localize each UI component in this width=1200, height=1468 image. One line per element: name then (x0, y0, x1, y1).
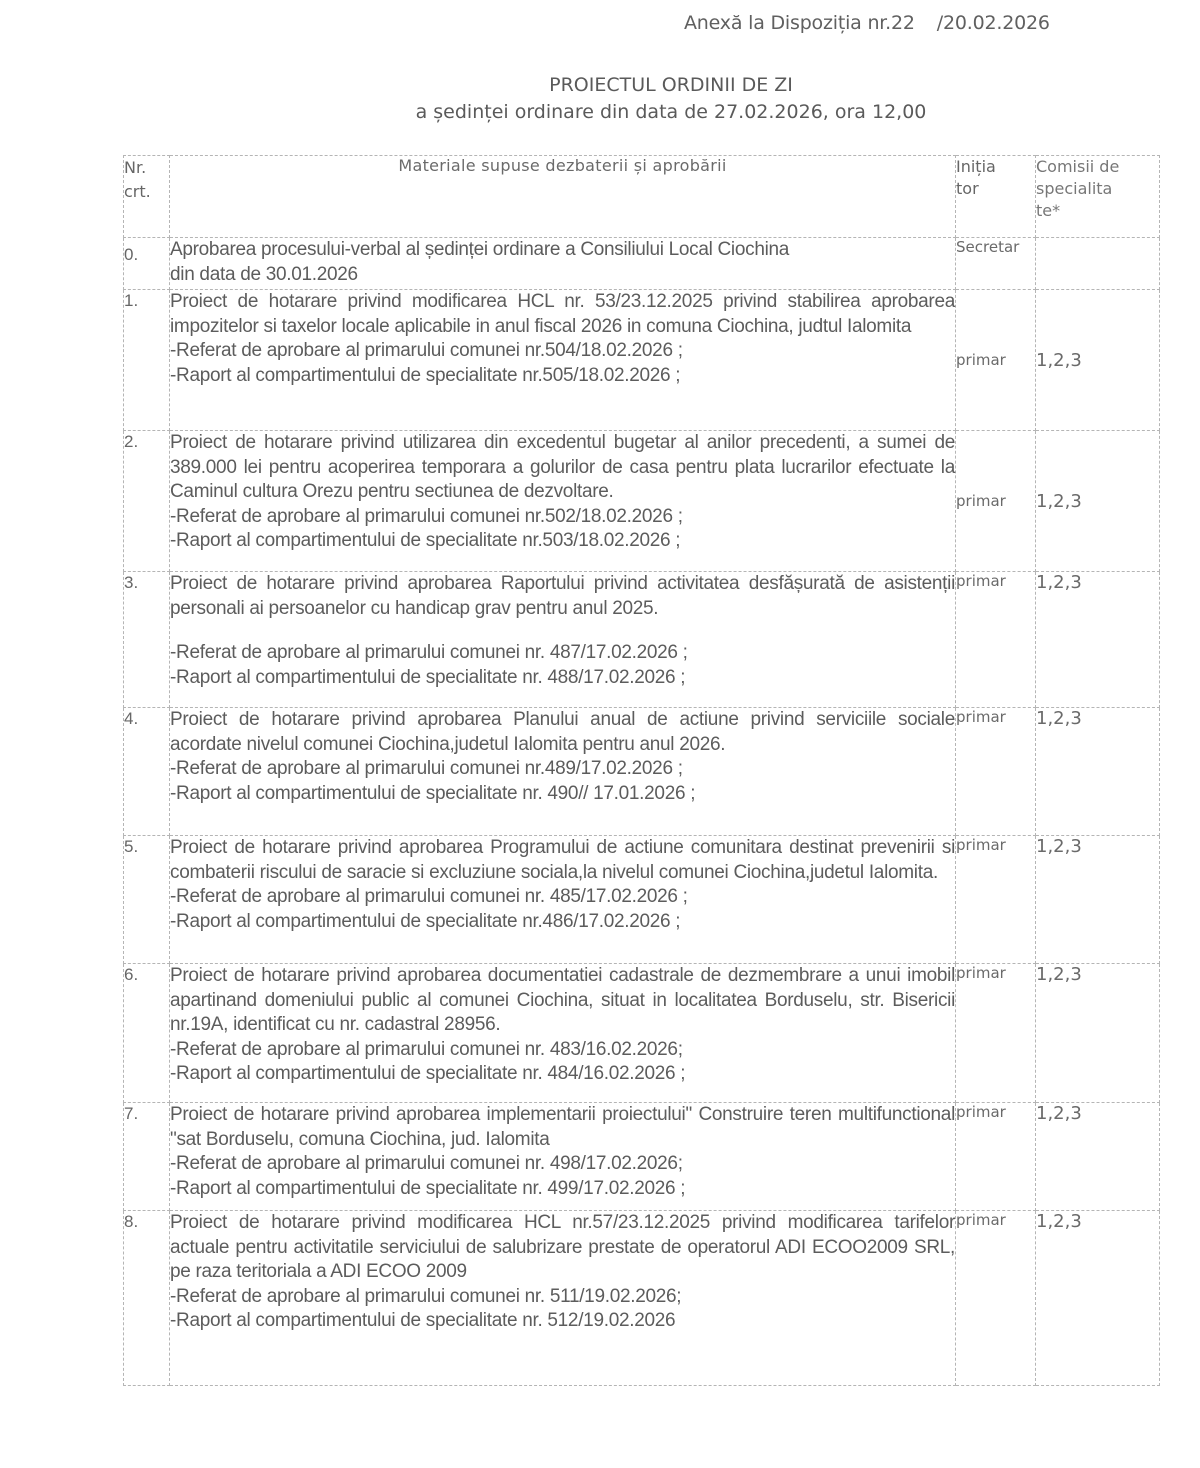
material-reference: din data de 30.01.2026 (170, 263, 955, 288)
agenda-row: 1.Proiect de hotarare privind modificare… (124, 290, 1160, 431)
material-title: Proiect de hotarare privind aprobarea im… (170, 1103, 955, 1152)
material-reference: -Raport al compartimentului de specialit… (170, 1177, 955, 1202)
header-committees-line: te* (1036, 200, 1159, 222)
material-reference: -Raport al compartimentului de specialit… (170, 782, 955, 807)
material-reference: -Raport al compartimentului de specialit… (170, 1062, 955, 1087)
material-title: Proiect de hotarare privind aprobarea do… (170, 964, 955, 1038)
header-initiator: Iniția tor (956, 156, 1036, 238)
material-title: Proiect de hotarare privind modificarea … (170, 1211, 955, 1285)
row-number: 7. (124, 1103, 170, 1211)
annex-text: Anexă la Dispoziția nr.22 (684, 12, 915, 34)
row-material: Proiect de hotarare privind aprobarea Ra… (170, 572, 956, 708)
row-committees: 1,2,3 (1036, 572, 1160, 708)
row-material: Proiect de hotarare privind modificarea … (170, 290, 956, 431)
header-nr: Nr. crt. (124, 156, 170, 238)
material-reference: -Referat de aprobare al primarului comun… (170, 1038, 955, 1063)
row-initiator: primar (956, 836, 1036, 964)
header-materials: Materiale supuse dezbaterii și aprobării (170, 156, 956, 238)
row-initiator: primar (956, 964, 1036, 1103)
row-material: Proiect de hotarare privind aprobarea Pr… (170, 836, 956, 964)
header-initiator-line: tor (956, 178, 1035, 200)
material-reference: -Referat de aprobare al primarului comun… (170, 885, 955, 910)
row-material: Proiect de hotarare privind utilizarea d… (170, 431, 956, 572)
row-initiator: primar (956, 1103, 1036, 1211)
agenda-row: 0.Aprobarea procesului-verbal al ședințe… (124, 238, 1160, 290)
header-committees: Comisii de specialita te* (1036, 156, 1160, 238)
material-reference: -Raport al compartimentului de specialit… (170, 364, 955, 389)
material-reference: -Raport al compartimentului de specialit… (170, 910, 955, 935)
row-initiator: primar (956, 290, 1036, 431)
title-line-1: PROIECTUL ORDINII DE ZI (142, 72, 1200, 99)
header-committees-line: Comisii de (1036, 156, 1159, 178)
material-title: Proiect de hotarare privind modificarea … (170, 290, 955, 339)
row-committees: 1,2,3 (1036, 964, 1160, 1103)
material-reference: -Referat de aprobare al primarului comun… (170, 1152, 955, 1177)
header-nr-line: crt. (124, 180, 169, 204)
row-committees (1036, 238, 1160, 290)
material-title: Proiect de hotarare privind aprobarea Pr… (170, 836, 955, 885)
document-title: PROIECTUL ORDINII DE ZI a ședinței ordin… (0, 72, 1200, 126)
annex-date: /20.02.2026 (937, 12, 1050, 34)
row-number: 0. (124, 238, 170, 290)
header-committees-line: specialita (1036, 178, 1159, 200)
row-number: 6. (124, 964, 170, 1103)
agenda-row: 5.Proiect de hotarare privind aprobarea … (124, 836, 1160, 964)
material-reference: -Referat de aprobare al primarului comun… (170, 757, 955, 782)
material-reference: -Referat de aprobare al primarului comun… (170, 1285, 955, 1310)
material-reference: -Raport al compartimentului de specialit… (170, 529, 955, 554)
row-committees: 1,2,3 (1036, 836, 1160, 964)
title-line-2: a ședinței ordinare din data de 27.02.20… (142, 99, 1200, 126)
agenda-row: 3.Proiect de hotarare privind aprobarea … (124, 572, 1160, 708)
annex-reference: Anexă la Dispoziția nr.22/20.02.2026 (684, 12, 1050, 34)
agenda-row: 8.Proiect de hotarare privind modificare… (124, 1211, 1160, 1386)
row-committees: 1,2,3 (1036, 1211, 1160, 1386)
row-initiator: primar (956, 431, 1036, 572)
material-title: Proiect de hotarare privind utilizarea d… (170, 431, 955, 505)
row-material: Proiect de hotarare privind aprobarea Pl… (170, 708, 956, 836)
material-reference (170, 621, 955, 641)
row-number: 8. (124, 1211, 170, 1386)
row-committees: 1,2,3 (1036, 290, 1160, 431)
header-initiator-line: Iniția (956, 156, 1035, 178)
material-title: Proiect de hotarare privind aprobarea Ra… (170, 572, 955, 621)
row-number: 2. (124, 431, 170, 572)
material-reference: -Raport al compartimentului de specialit… (170, 666, 955, 691)
row-number: 1. (124, 290, 170, 431)
material-title: Proiect de hotarare privind aprobarea Pl… (170, 708, 955, 757)
row-committees: 1,2,3 (1036, 708, 1160, 836)
material-reference: -Referat de aprobare al primarului comun… (170, 505, 955, 530)
agenda-row: 4.Proiect de hotarare privind aprobarea … (124, 708, 1160, 836)
row-number: 4. (124, 708, 170, 836)
material-reference: -Raport al compartimentului de specialit… (170, 1309, 955, 1334)
row-committees: 1,2,3 (1036, 1103, 1160, 1211)
row-material: Proiect de hotarare privind modificarea … (170, 1211, 956, 1386)
material-reference: -Referat de aprobare al primarului comun… (170, 339, 955, 364)
row-material: Proiect de hotarare privind aprobarea do… (170, 964, 956, 1103)
row-material: Proiect de hotarare privind aprobarea im… (170, 1103, 956, 1211)
row-material: Aprobarea procesului-verbal al ședinței … (170, 238, 956, 290)
material-reference: -Referat de aprobare al primarului comun… (170, 641, 955, 666)
agenda-row: 6.Proiect de hotarare privind aprobarea … (124, 964, 1160, 1103)
agenda-row: 7.Proiect de hotarare privind aprobarea … (124, 1103, 1160, 1211)
row-number: 3. (124, 572, 170, 708)
row-number: 5. (124, 836, 170, 964)
header-nr-line: Nr. (124, 156, 169, 180)
row-initiator: Secretar (956, 238, 1036, 290)
agenda-row: 2.Proiect de hotarare privind utilizarea… (124, 431, 1160, 572)
table-header-row: Nr. crt. Materiale supuse dezbaterii și … (124, 156, 1160, 238)
row-initiator: primar (956, 708, 1036, 836)
material-title: Aprobarea procesului-verbal al ședinței … (170, 238, 955, 263)
row-initiator: primar (956, 1211, 1036, 1386)
row-initiator: primar (956, 572, 1036, 708)
row-committees: 1,2,3 (1036, 431, 1160, 572)
agenda-table: Nr. crt. Materiale supuse dezbaterii și … (123, 155, 1160, 1386)
